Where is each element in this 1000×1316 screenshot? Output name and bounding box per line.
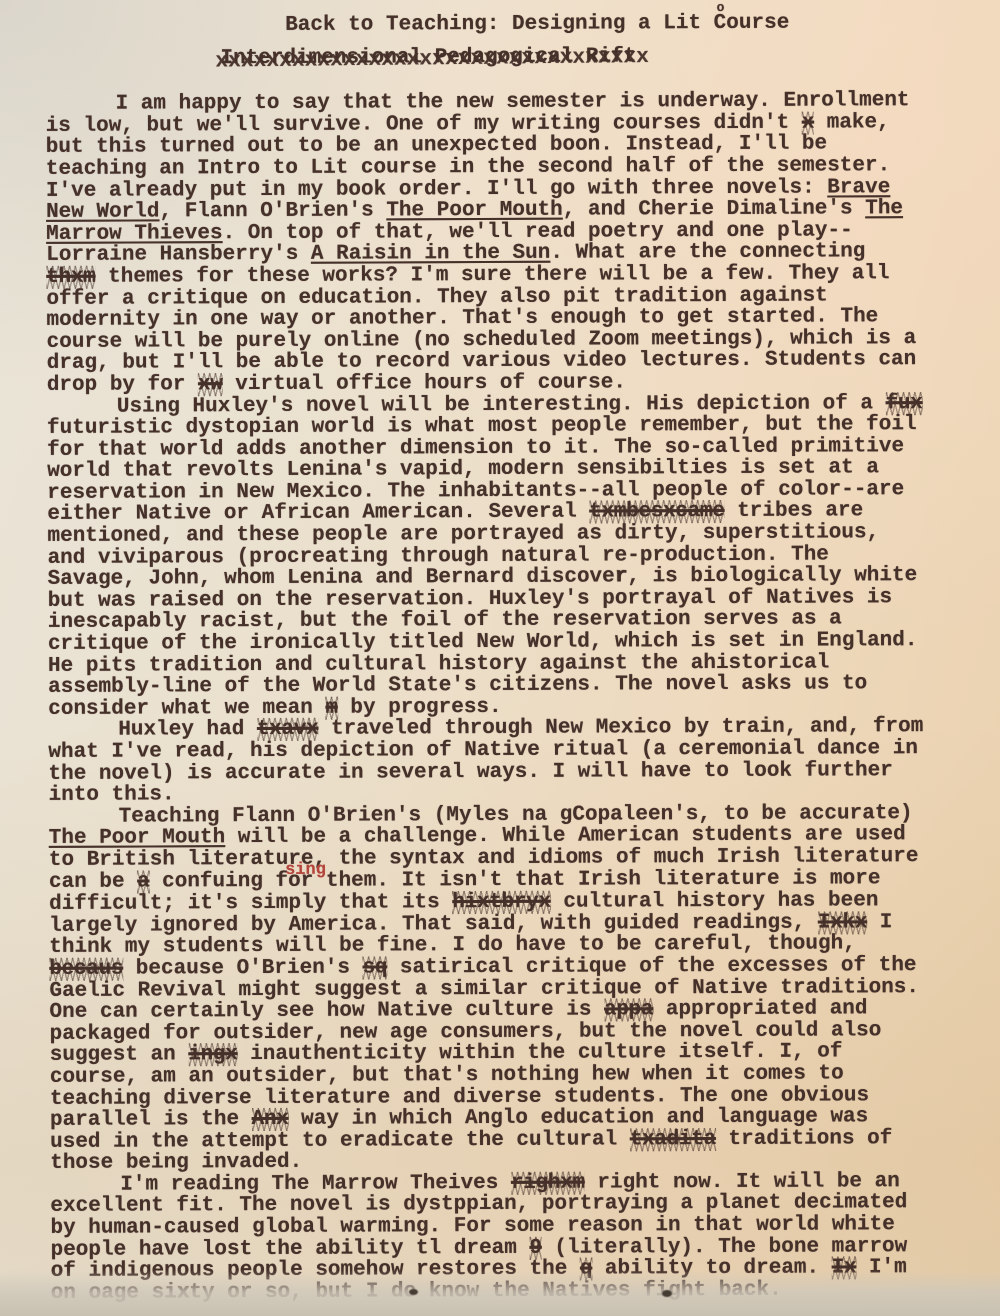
typewriter-text: confu (149, 870, 225, 893)
overtyped-character: r (615, 566, 628, 589)
typo-correction-o: o (717, 1, 725, 14)
overtyped-strikeout: Ixkx (818, 911, 867, 934)
x-strikeout-overlay: xxxxxxxxxxxxxxxxxxxxxxxxxxxxxxxxxx (215, 47, 649, 73)
typewriter-text: . What are the connecting (550, 241, 865, 265)
overtyped-strikeout: x (802, 111, 814, 134)
paragraph-3: Huxley had txavx traveled through New Me… (48, 716, 924, 806)
overtyped-strikeout: righxm (511, 1171, 585, 1194)
paragraph-4: Teaching Flann O'Brien's (Myles na gCopa… (49, 803, 927, 1175)
title-text-end: ourse (726, 12, 789, 35)
paragraph-2: Using Huxley's novel will be interesting… (47, 393, 924, 721)
overtyped-strikeout: txadita (630, 1128, 716, 1151)
typewriter-text: because O'Brien's (123, 956, 363, 980)
typewriter-text: Huxley had (118, 718, 257, 742)
document-body: I am happy to say that the new semester … (46, 90, 927, 1304)
overtyped-strikeout: m (325, 696, 337, 719)
document-title: Back to Teaching: Designing a Lit Coours… (45, 12, 921, 37)
typewriter-text: , and Cherie Dimaline's (563, 197, 866, 221)
ink-speck (409, 1289, 418, 1295)
overtyped-strikeout: Anx (252, 1108, 289, 1131)
overtyped-strikeout: sq (363, 956, 388, 979)
overtyped-strikeout: becaus (49, 958, 123, 981)
overtyped-strikeout: a (137, 870, 149, 893)
subtitle-row: Interdimensional Pedagogical Rift xxxxxx… (45, 45, 921, 70)
typewriter-text: by progress. (338, 696, 502, 720)
page-bottom-edge-shadow (0, 1270, 1000, 1316)
typewriter-text: I am happy to say that the new semester … (46, 89, 910, 137)
overtyped-strikeout: txmbesxcame (589, 500, 724, 524)
overtyped-strikeout: appa (604, 998, 653, 1021)
overtyped-strikeout: txavx (257, 718, 319, 741)
typewriter-text: , Flann O'Brien's (159, 200, 386, 224)
underlined-book-title: The Poor Mouth (49, 827, 226, 851)
overtyped-strikeout: hixtbryx (452, 891, 551, 914)
overtyped-strikeout: fux (886, 392, 923, 415)
overtyped-strikeout: ingx (188, 1043, 237, 1066)
overtyped-character: s (642, 1085, 655, 1108)
paragraph-1: I am happy to say that the new semester … (46, 90, 923, 396)
typewritten-document: Back to Teaching: Designing a Lit Coours… (45, 12, 927, 1304)
title-capital-c: Co (714, 12, 727, 35)
struck-subtitle: Interdimensional Pedagogical Rift xxxxxx… (220, 46, 636, 69)
photographed-page: Back to Teaching: Designing a Lit Coours… (0, 0, 1000, 1316)
overtyped-strikeout: 9 (529, 1236, 541, 1259)
underlined-book-title: A Raisin in the Sun (311, 242, 551, 266)
overtyped-strikeout: xw (198, 373, 223, 396)
ink-speck (662, 1290, 672, 1297)
title-text: Back to Teaching: Designing a Lit (285, 12, 714, 37)
title-capital-letter: C (714, 12, 727, 35)
underlined-book-title: The Poor Mouth (386, 199, 563, 223)
overtyped-strikeout: thxm (46, 266, 95, 289)
